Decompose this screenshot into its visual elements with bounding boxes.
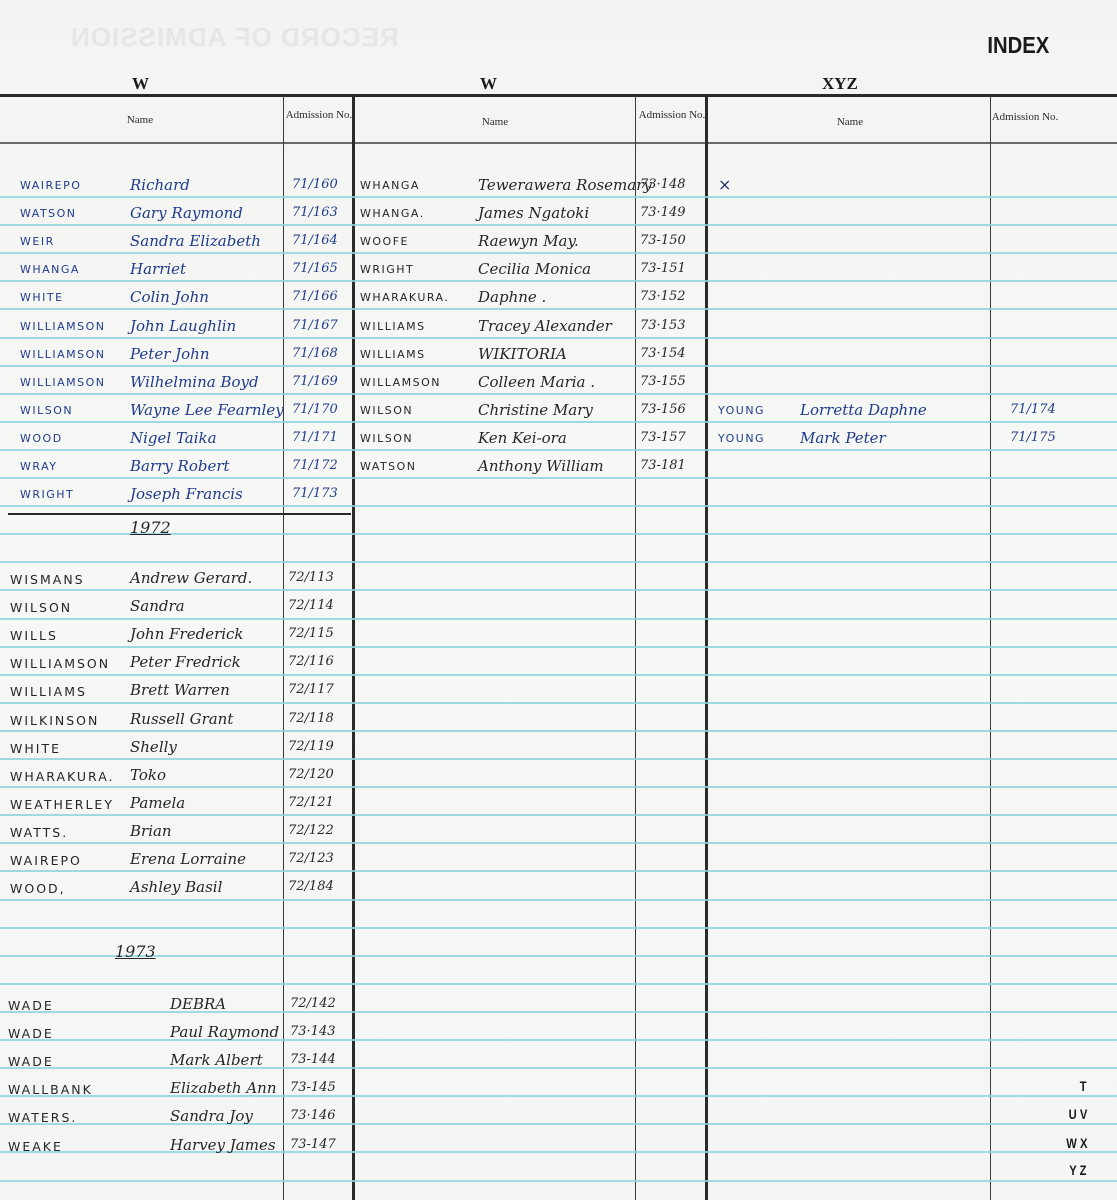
thumb-tab-yz[interactable]: Y Z bbox=[1070, 1162, 1087, 1178]
col-header-name-2: Name bbox=[440, 116, 550, 128]
surname: WILLIAMSON bbox=[20, 376, 106, 389]
surname: WHANGA. bbox=[360, 207, 425, 220]
ruled-line bbox=[0, 477, 1117, 479]
ruled-line bbox=[0, 224, 1117, 226]
section-letter-xyz: XYZ bbox=[822, 74, 858, 94]
admission-number: 72/114 bbox=[288, 598, 334, 613]
admission-number: 73-144 bbox=[290, 1052, 336, 1067]
admission-number: 73·146 bbox=[290, 1108, 336, 1123]
given-names: Shelly bbox=[130, 738, 177, 756]
given-names: Mark Albert bbox=[170, 1051, 263, 1069]
ruled-line bbox=[0, 421, 1117, 423]
ruled-line bbox=[0, 1151, 1117, 1153]
surname: WILLIAMSON bbox=[20, 348, 106, 361]
given-names: Erena Lorraine bbox=[130, 850, 246, 868]
surname: WRAY bbox=[20, 460, 57, 473]
year-heading: 1973 bbox=[115, 942, 156, 961]
surname: WEATHERLEY bbox=[10, 797, 114, 812]
given-names: Toko bbox=[130, 766, 166, 784]
ruled-line bbox=[0, 337, 1117, 339]
surname: WILSON bbox=[360, 404, 413, 417]
ruled-line bbox=[0, 280, 1117, 282]
admission-number: 73·152 bbox=[640, 289, 686, 304]
given-names: John Frederick bbox=[130, 625, 244, 643]
given-names: Peter Fredrick bbox=[130, 653, 241, 671]
surname: WHANGA bbox=[360, 179, 420, 192]
ruled-line bbox=[0, 899, 1117, 901]
ruled-line bbox=[0, 449, 1117, 451]
given-names: Mark Peter bbox=[800, 429, 886, 447]
ruled-line bbox=[0, 730, 1117, 732]
section-separator bbox=[8, 513, 351, 515]
surname: WILLAMSON bbox=[360, 376, 441, 389]
admission-number: 72/115 bbox=[288, 626, 334, 641]
given-names: Andrew Gerard. bbox=[130, 569, 252, 587]
surname: WHITE bbox=[20, 291, 64, 304]
surname: WILSON bbox=[360, 432, 413, 445]
given-names: WIKITORIA bbox=[478, 345, 567, 363]
admission-number: 73·149 bbox=[640, 205, 686, 220]
surname: WEIR bbox=[20, 235, 55, 248]
ruled-line bbox=[0, 1095, 1117, 1097]
admission-number: 73·153 bbox=[640, 318, 686, 333]
admission-number: 72/120 bbox=[288, 767, 334, 782]
surname: WOOD bbox=[20, 432, 63, 445]
given-names: Nigel Taika bbox=[130, 429, 217, 447]
admission-number: 72/184 bbox=[288, 879, 334, 894]
surname: WILSON bbox=[20, 404, 73, 417]
given-names: Brian bbox=[130, 822, 172, 840]
admission-number: 71/164 bbox=[292, 233, 338, 248]
admission-number: 71/167 bbox=[292, 318, 338, 333]
col-divider-2b bbox=[705, 96, 708, 1200]
col-header-admission-1: Admission No. bbox=[284, 109, 354, 121]
given-names: Paul Raymond bbox=[170, 1023, 279, 1041]
given-names: Gary Raymond bbox=[130, 204, 243, 222]
ruled-line bbox=[0, 674, 1117, 676]
surname: WAIREPO bbox=[20, 179, 81, 192]
thumb-tab-t[interactable]: T bbox=[1080, 1078, 1087, 1094]
given-names: Colin John bbox=[130, 288, 209, 306]
surname: WILLIAMS bbox=[360, 320, 426, 333]
given-names: Russell Grant bbox=[130, 710, 233, 728]
ruled-line bbox=[0, 561, 1117, 563]
ruled-line bbox=[0, 870, 1117, 872]
page-title: INDEX bbox=[987, 32, 1049, 59]
surname: YOUNG bbox=[718, 432, 765, 445]
admission-number: 73-145 bbox=[290, 1080, 336, 1095]
ruled-line bbox=[0, 1039, 1117, 1041]
surname: WOOFE bbox=[360, 235, 409, 248]
given-names: Joseph Francis bbox=[130, 485, 243, 503]
surname: WOOD, bbox=[10, 881, 66, 896]
ruled-line bbox=[0, 505, 1117, 507]
col-header-admission-2: Admission No. bbox=[638, 109, 706, 121]
surname: WATSON bbox=[20, 207, 77, 220]
admission-number: 73·148 bbox=[640, 177, 686, 192]
admission-number: 73-156 bbox=[640, 402, 686, 417]
surname: WATERS. bbox=[8, 1110, 77, 1125]
admission-number: 71/170 bbox=[292, 402, 338, 417]
admission-number: 72/119 bbox=[288, 739, 334, 754]
ruled-line bbox=[0, 1011, 1117, 1013]
given-names: Cecilia Monica bbox=[478, 260, 591, 278]
given-names: Sandra bbox=[130, 597, 185, 615]
surname: WEAKE bbox=[8, 1139, 63, 1154]
thumb-tab-wx[interactable]: W X bbox=[1066, 1135, 1087, 1151]
admission-number: 71/163 bbox=[292, 205, 338, 220]
given-names: Daphne . bbox=[478, 288, 546, 306]
ruled-line bbox=[0, 983, 1117, 985]
given-names: Barry Robert bbox=[130, 457, 230, 475]
ruled-line bbox=[0, 842, 1117, 844]
admission-number: 72/117 bbox=[288, 682, 334, 697]
admission-number: 72/121 bbox=[288, 795, 334, 810]
surname: WRIGHT bbox=[360, 263, 414, 276]
ruled-line bbox=[0, 308, 1117, 310]
surname: WILLIAMSON bbox=[20, 320, 106, 333]
admission-number: 73-150 bbox=[640, 233, 686, 248]
surname: WRIGHT bbox=[20, 488, 74, 501]
surname: WISMANS bbox=[10, 572, 85, 587]
given-names: Pamela bbox=[130, 794, 185, 812]
given-names: Tewerawera Rosemary bbox=[478, 176, 652, 194]
col-divider-3a bbox=[990, 96, 991, 1200]
ruled-line bbox=[0, 196, 1117, 198]
given-names: Ken Kei-ora bbox=[478, 429, 567, 447]
col-divider-1b bbox=[352, 96, 355, 1200]
surname: YOUNG bbox=[718, 404, 765, 417]
given-names: Peter John bbox=[130, 345, 210, 363]
ruled-line bbox=[0, 393, 1117, 395]
ruled-line bbox=[0, 1067, 1117, 1069]
header-top-rule bbox=[0, 94, 1117, 97]
surname: WATSON bbox=[360, 460, 417, 473]
given-names: Raewyn May. bbox=[478, 232, 579, 250]
given-names: John Laughlin bbox=[130, 317, 236, 335]
admission-number: 71/172 bbox=[292, 458, 338, 473]
ruled-line bbox=[0, 758, 1117, 760]
given-names: Sandra Elizabeth bbox=[130, 232, 261, 250]
admission-number: 73-155 bbox=[640, 374, 686, 389]
surname: WILLIAMS bbox=[360, 348, 426, 361]
bleed-through-text: RECORD OF ADMISSION bbox=[70, 22, 399, 53]
admission-number: 73·154 bbox=[640, 346, 686, 361]
admission-number: 71/175 bbox=[1010, 430, 1056, 445]
surname: WATTS. bbox=[10, 825, 68, 840]
x-mark: × bbox=[718, 175, 731, 194]
ruled-line bbox=[0, 618, 1117, 620]
col-divider-1a bbox=[283, 96, 284, 1200]
admission-number: 72/118 bbox=[288, 711, 334, 726]
section-letter-w1: W bbox=[132, 74, 149, 94]
surname: WILLIAMSON bbox=[10, 656, 110, 671]
given-names: Colleen Maria . bbox=[478, 373, 595, 391]
given-names: Christine Mary bbox=[478, 401, 593, 419]
given-names: Richard bbox=[130, 176, 190, 194]
surname: WILLS bbox=[10, 628, 58, 643]
header-bottom-rule bbox=[0, 142, 1117, 144]
surname: WHANGA bbox=[20, 263, 80, 276]
ruled-line bbox=[0, 955, 1117, 957]
given-names: Lorretta Daphne bbox=[800, 401, 927, 419]
admission-number: 71/171 bbox=[292, 430, 338, 445]
given-names: Sandra Joy bbox=[170, 1107, 253, 1125]
admission-number: 72/116 bbox=[288, 654, 334, 669]
ruled-line bbox=[0, 814, 1117, 816]
surname: WHITE bbox=[10, 741, 61, 756]
surname: WADE bbox=[8, 1054, 54, 1069]
given-names: Tracey Alexander bbox=[478, 317, 612, 335]
admission-number: 73-151 bbox=[640, 261, 686, 276]
admission-number: 72/122 bbox=[288, 823, 334, 838]
year-heading: 1972 bbox=[130, 518, 171, 537]
admission-number: 72/142 bbox=[290, 996, 336, 1011]
ruled-line bbox=[0, 646, 1117, 648]
ruled-line bbox=[0, 1180, 1117, 1182]
admission-number: 71/165 bbox=[292, 261, 338, 276]
given-names: James Ngatoki bbox=[478, 204, 589, 222]
surname: WADE bbox=[8, 998, 54, 1013]
admission-number: 71/173 bbox=[292, 486, 338, 501]
given-names: Brett Warren bbox=[130, 681, 230, 699]
given-names: Anthony William bbox=[478, 457, 604, 475]
thumb-tab-uv[interactable]: U V bbox=[1068, 1106, 1087, 1122]
surname: WAIREPO bbox=[10, 853, 82, 868]
admission-number: 72/113 bbox=[288, 570, 334, 585]
given-names: Ashley Basil bbox=[130, 878, 222, 896]
given-names: Wilhelmina Boyd bbox=[130, 373, 259, 391]
surname: WHARAKURA. bbox=[10, 769, 115, 784]
surname: WADE bbox=[8, 1026, 54, 1041]
ruled-line bbox=[0, 252, 1117, 254]
admission-number: 71/168 bbox=[292, 346, 338, 361]
ruled-line bbox=[0, 1123, 1117, 1125]
surname: WILSON bbox=[10, 600, 72, 615]
col-divider-2a bbox=[635, 96, 636, 1200]
section-letter-w2: W bbox=[480, 74, 497, 94]
admission-number: 71/174 bbox=[1010, 402, 1056, 417]
given-names: Harriet bbox=[130, 260, 186, 278]
admission-number: 73-181 bbox=[640, 458, 686, 473]
given-names: Wayne Lee Fearnley bbox=[130, 401, 284, 419]
given-names: DEBRA bbox=[170, 995, 226, 1013]
surname: WILLIAMS bbox=[10, 684, 87, 699]
admission-number: 73-157 bbox=[640, 430, 686, 445]
given-names: Elizabeth Ann bbox=[170, 1079, 276, 1097]
ruled-line bbox=[0, 589, 1117, 591]
col-header-name-3: Name bbox=[790, 116, 910, 128]
surname: WALLBANK bbox=[8, 1082, 93, 1097]
col-header-name-1: Name bbox=[80, 114, 200, 126]
admission-number: 72/123 bbox=[288, 851, 334, 866]
ruled-line bbox=[0, 365, 1117, 367]
admission-number: 73·143 bbox=[290, 1024, 336, 1039]
surname: WHARAKURA. bbox=[360, 291, 449, 304]
given-names: Harvey James bbox=[170, 1136, 276, 1154]
admission-number: 71/169 bbox=[292, 374, 338, 389]
index-page: RECORD OF ADMISSION INDEX W W XYZ Name A… bbox=[0, 0, 1117, 1200]
admission-number: 71/160 bbox=[292, 177, 338, 192]
ruled-line bbox=[0, 786, 1117, 788]
col-header-admission-3: Admission No. bbox=[990, 111, 1060, 123]
surname: WILKINSON bbox=[10, 713, 99, 728]
ruled-line bbox=[0, 927, 1117, 929]
admission-number: 73-147 bbox=[290, 1137, 336, 1152]
ruled-line bbox=[0, 702, 1117, 704]
admission-number: 71/166 bbox=[292, 289, 338, 304]
